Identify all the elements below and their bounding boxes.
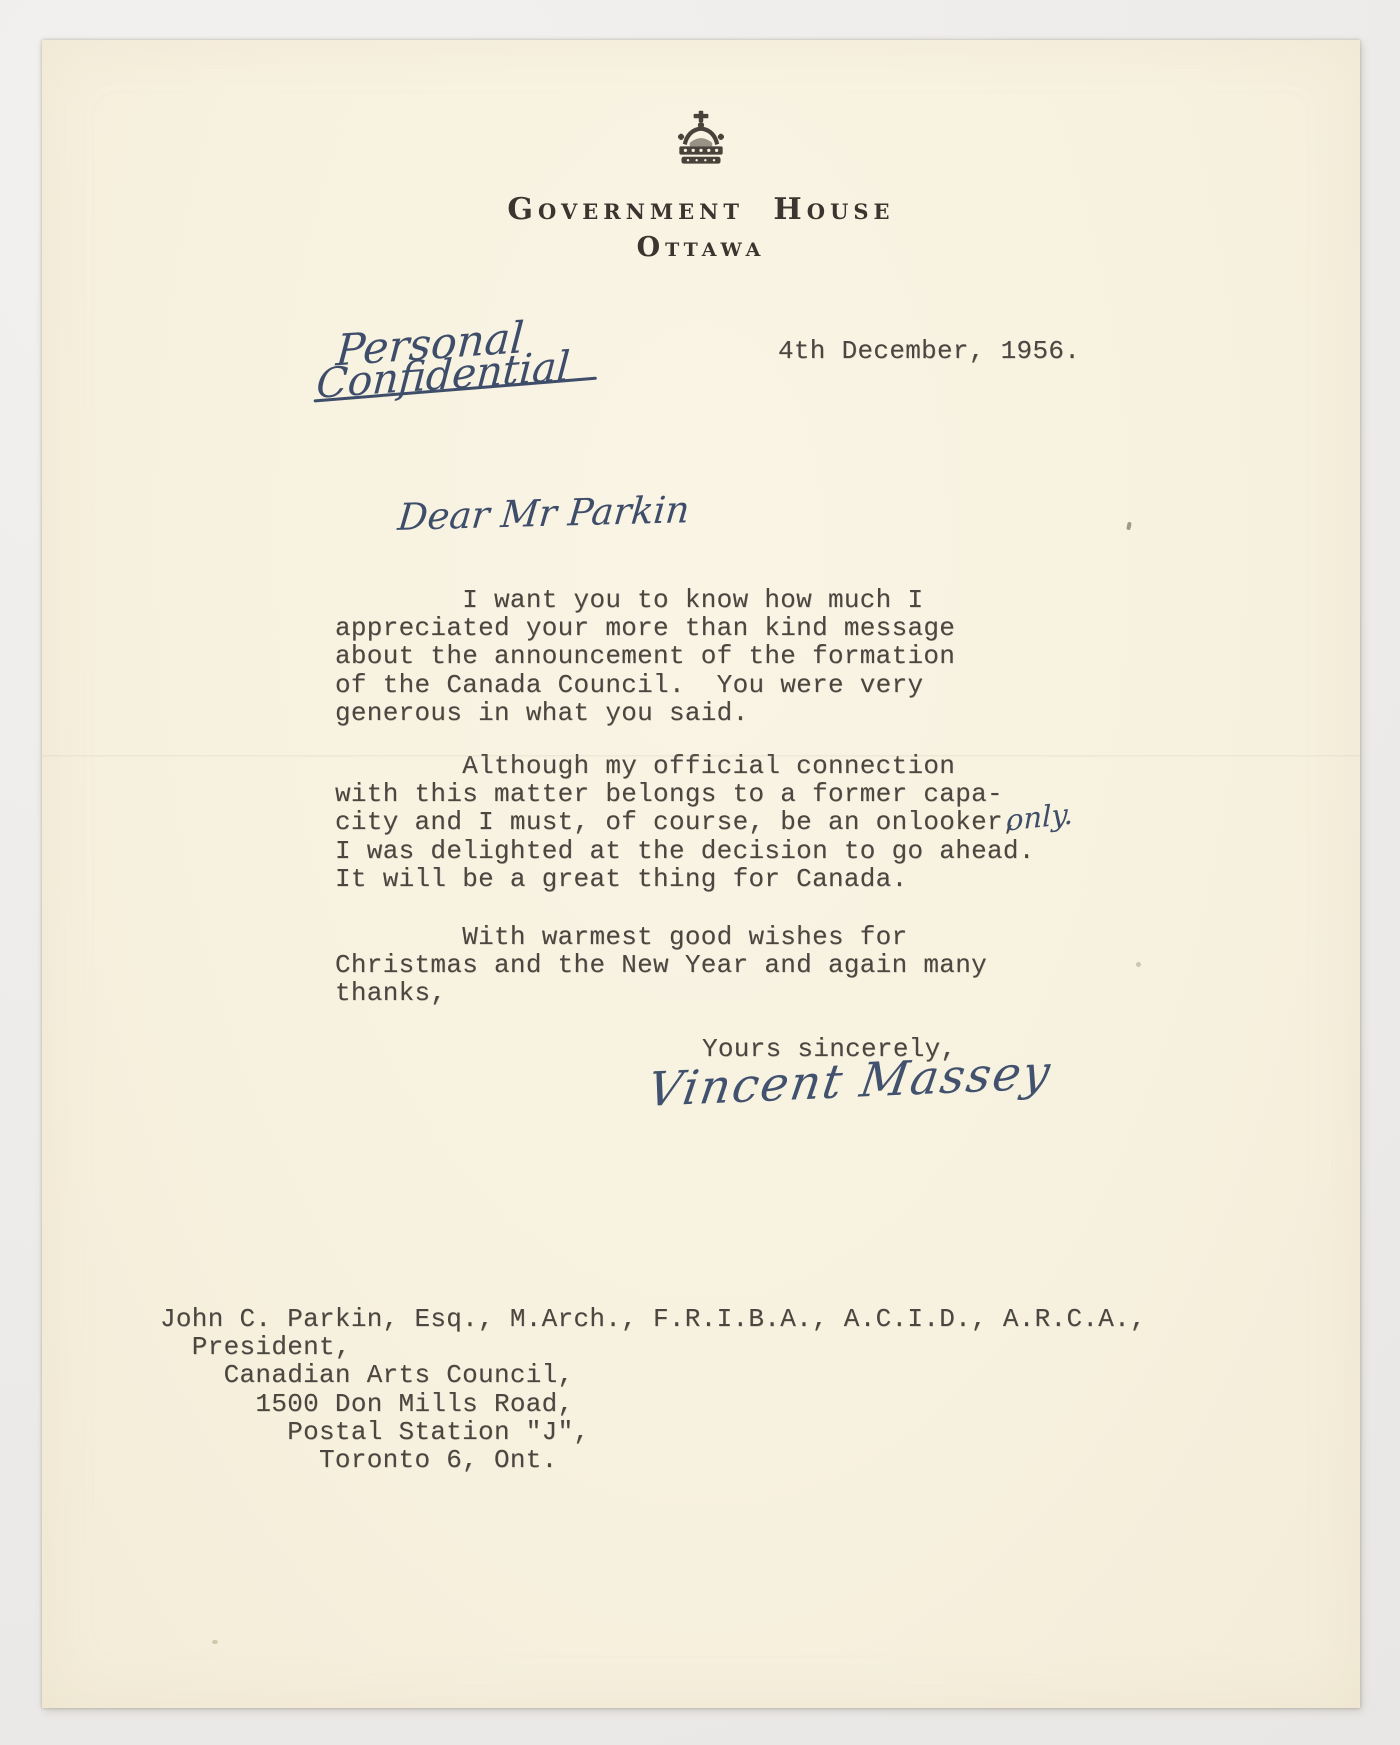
crown-icon — [675, 110, 727, 174]
body-paragraph-3: With warmest good wishes for Christmas a… — [335, 923, 987, 1008]
recipient-address-block: John C. Parkin, Esq., M.Arch., F.R.I.B.A… — [160, 1305, 1146, 1474]
paper-speck — [1126, 522, 1132, 531]
salutation-handwritten: Dear Mr Parkin — [396, 488, 692, 539]
letterhead-city: Ottawa — [42, 232, 1360, 263]
letter-paper: Government House Ottawa 4th December, 19… — [42, 40, 1360, 1708]
paper-speck — [1136, 962, 1141, 967]
only-insertion-annotation: only. — [1006, 796, 1073, 837]
body-paragraph-1: I want you to know how much I appreciate… — [335, 586, 955, 727]
paper-speck — [212, 1640, 218, 1644]
page-background: Government House Ottawa 4th December, 19… — [0, 0, 1400, 1745]
letterhead-institution: Government House — [42, 192, 1360, 227]
body-paragraph-2: Although my official connection with thi… — [335, 752, 1035, 893]
personal-confidential-annotation: Personal Confidential — [313, 313, 597, 401]
date-line: 4th December, 1956. — [778, 337, 1080, 365]
